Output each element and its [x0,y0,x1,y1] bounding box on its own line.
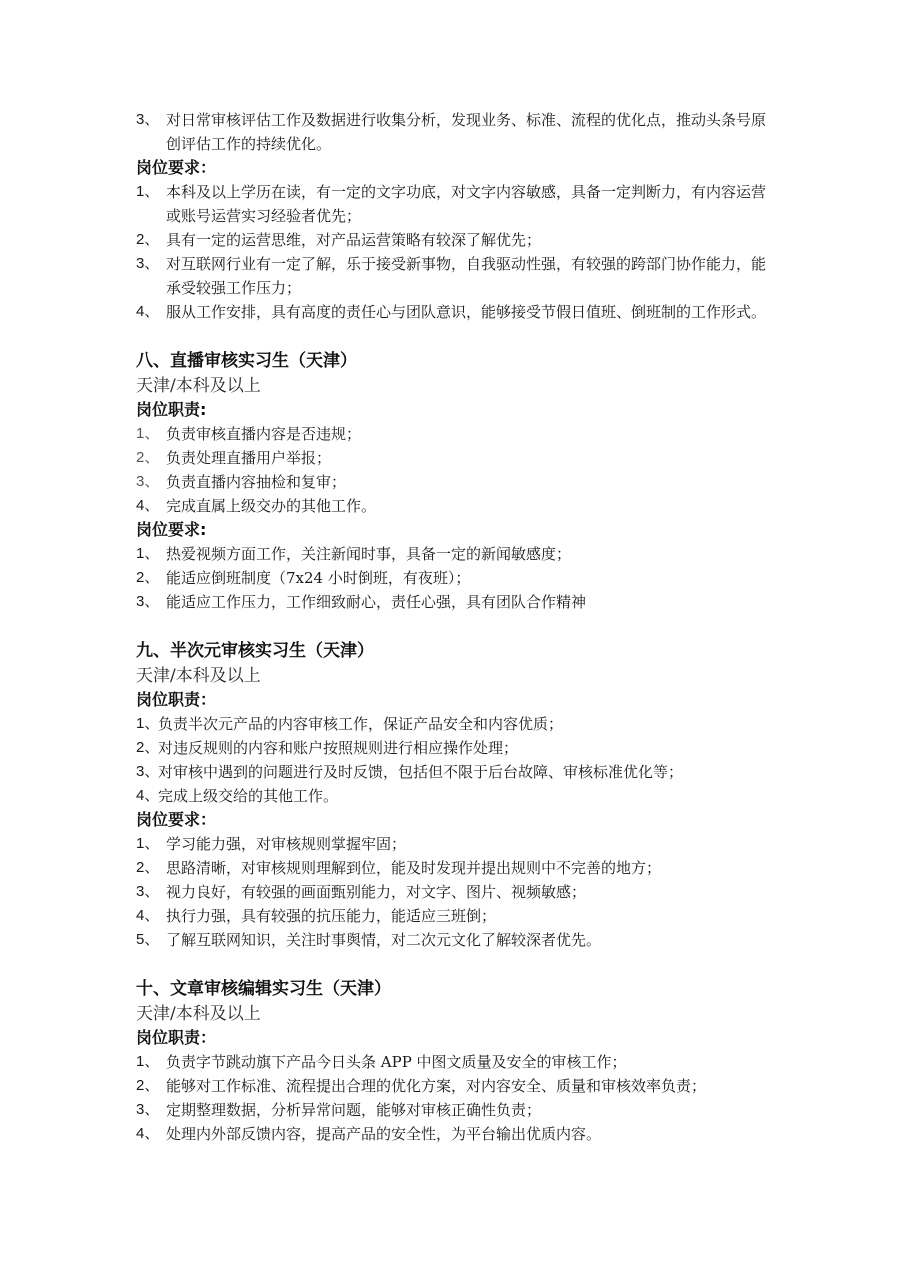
item-text: 服从工作安排，具有高度的责任心与团队意识，能够接受节假日值班、倒班制的工作形式。 [166,300,776,324]
item-number: 4、 [136,904,166,928]
item-text: 负责直播内容抽检和复审； [166,470,776,494]
requirement-item: 1、 本科及以上学历在读，有一定的文字功底，对文字内容敏感，具备一定判断力，有内… [136,180,776,228]
item-text: 负责半次元产品的内容审核工作，保证产品安全和内容优质； [158,712,776,736]
duty-item: 2、 负责处理直播用户举报； [136,446,776,470]
item-text: 具有一定的运营思维，对产品运营策略有较深了解优先； [166,228,776,252]
item-number: 3、 [136,760,158,784]
requirements-heading: 岗位要求： [136,156,776,180]
requirement-item: 1、 热爱视频方面工作，关注新闻时事，具备一定的新闻敏感度； [136,542,776,566]
item-text: 能适应工作压力，工作细致耐心，责任心强，具有团队合作精神 [166,590,776,614]
requirements-heading: 岗位要求: [136,518,776,542]
item-number: 3、 [136,1098,166,1122]
duty-item: 4、 完成直属上级交办的其他工作。 [136,494,776,518]
item-number: 2、 [136,566,166,590]
item-number: 5、 [136,928,166,952]
item-text: 完成上级交给的其他工作。 [158,784,776,808]
duty-item: 3、 定期整理数据，分析异常问题，能够对审核正确性负责； [136,1098,776,1122]
requirement-item: 4、 服从工作安排，具有高度的责任心与团队意识，能够接受节假日值班、倒班制的工作… [136,300,776,324]
duty-item: 1、 负责半次元产品的内容审核工作，保证产品安全和内容优质； [136,712,776,736]
requirement-item: 4、 执行力强，具有较强的抗压能力，能适应三班倒； [136,904,776,928]
item-number: 1、 [136,422,166,446]
item-text: 处理内外部反馈内容，提高产品的安全性，为平台输出优质内容。 [166,1122,776,1146]
item-number: 1、 [136,712,158,736]
item-text: 视力良好，有较强的画面甄别能力，对文字、图片、视频敏感； [166,880,776,904]
item-text: 对违反规则的内容和账户按照规则进行相应操作处理； [158,736,776,760]
item-text: 负责字节跳动旗下产品今日头条 APP 中图文质量及安全的审核工作； [166,1050,776,1074]
item-number: 2、 [136,228,166,252]
item-number: 2、 [136,446,166,470]
item-number: 4、 [136,300,166,324]
item-text: 能适应倒班制度（7x24 小时倒班，有夜班）； [166,566,776,590]
item-text: 完成直属上级交办的其他工作。 [166,494,776,518]
item-text: 定期整理数据，分析异常问题，能够对审核正确性负责； [166,1098,776,1122]
requirements-heading: 岗位要求： [136,808,776,832]
item-number: 3、 [136,880,166,904]
item-text: 能够对工作标准、流程提出合理的优化方案，对内容安全、质量和审核效率负责； [166,1074,776,1098]
item-text: 对互联网行业有一定了解，乐于接受新事物，自我驱动性强，有较强的跨部门协作能力，能… [166,252,776,300]
duty-item: 1、 负责审核直播内容是否违规； [136,422,776,446]
requirement-item: 3、 对互联网行业有一定了解，乐于接受新事物，自我驱动性强，有较强的跨部门协作能… [136,252,776,300]
item-number: 1、 [136,180,166,228]
requirement-item: 2、 能适应倒班制度（7x24 小时倒班，有夜班）； [136,566,776,590]
item-text: 本科及以上学历在读，有一定的文字功底，对文字内容敏感，具备一定判断力，有内容运营… [166,180,776,228]
job-location-education: 天津/本科及以上 [136,374,776,398]
item-text: 执行力强，具有较强的抗压能力，能适应三班倒； [166,904,776,928]
job-location-education: 天津/本科及以上 [136,1002,776,1026]
requirement-item: 2、 思路清晰，对审核规则理解到位，能及时发现并提出规则中不完善的地方； [136,856,776,880]
item-text: 负责审核直播内容是否违规； [166,422,776,446]
duty-item: 3、 对日常审核评估工作及数据进行收集分析，发现业务、标准、流程的优化点，推动头… [136,108,776,156]
duty-item: 1、 负责字节跳动旗下产品今日头条 APP 中图文质量及安全的审核工作； [136,1050,776,1074]
requirement-item: 1、 学习能力强，对审核规则掌握牢固； [136,832,776,856]
job-title: 八、直播审核实习生（天津） [136,348,776,374]
duties-heading: 岗位职责： [136,688,776,712]
job-title: 十、文章审核编辑实习生（天津） [136,976,776,1002]
item-text: 热爱视频方面工作，关注新闻时事，具备一定的新闻敏感度； [166,542,776,566]
requirement-item: 5、 了解互联网知识，关注时事舆情，对二次元文化了解较深者优先。 [136,928,776,952]
duty-item: 4、 处理内外部反馈内容，提高产品的安全性，为平台输出优质内容。 [136,1122,776,1146]
spacer [136,324,776,348]
item-number: 1、 [136,832,166,856]
item-number: 3、 [136,470,166,494]
item-number: 2、 [136,856,166,880]
document-page: 3、 对日常审核评估工作及数据进行收集分析，发现业务、标准、流程的优化点，推动头… [136,108,776,1146]
item-number: 4、 [136,494,166,518]
item-number: 4、 [136,1122,166,1146]
item-number: 2、 [136,736,158,760]
spacer [136,952,776,976]
job-location-education: 天津/本科及以上 [136,664,776,688]
item-number: 4、 [136,784,158,808]
item-text: 负责处理直播用户举报； [166,446,776,470]
item-text: 对审核中遇到的问题进行及时反馈，包括但不限于后台故障、审核标准优化等； [158,760,776,784]
duties-heading: 岗位职责： [136,1026,776,1050]
requirement-item: 3、 能适应工作压力，工作细致耐心，责任心强，具有团队合作精神 [136,590,776,614]
job-title: 九、半次元审核实习生（天津） [136,638,776,664]
job-section-article-review-editor: 十、文章审核编辑实习生（天津） 天津/本科及以上 岗位职责： 1、 负责字节跳动… [136,976,776,1146]
item-number: 1、 [136,542,166,566]
item-number: 2、 [136,1074,166,1098]
duty-item: 3、 对审核中遇到的问题进行及时反馈，包括但不限于后台故障、审核标准优化等； [136,760,776,784]
duty-item: 3、 负责直播内容抽检和复审； [136,470,776,494]
item-number: 3、 [136,590,166,614]
item-text: 了解互联网知识，关注时事舆情，对二次元文化了解较深者优先。 [166,928,776,952]
item-text: 思路清晰，对审核规则理解到位，能及时发现并提出规则中不完善的地方； [166,856,776,880]
job-section-live-review: 八、直播审核实习生（天津） 天津/本科及以上 岗位职责: 1、 负责审核直播内容… [136,348,776,614]
duty-item: 2、 能够对工作标准、流程提出合理的优化方案，对内容安全、质量和审核效率负责； [136,1074,776,1098]
spacer [136,614,776,638]
duty-item: 4、 完成上级交给的其他工作。 [136,784,776,808]
job-section-banciyuan-review: 九、半次元审核实习生（天津） 天津/本科及以上 岗位职责： 1、 负责半次元产品… [136,638,776,952]
duties-heading: 岗位职责: [136,398,776,422]
item-number: 3、 [136,108,166,156]
item-number: 3、 [136,252,166,300]
requirement-item: 2、 具有一定的运营思维，对产品运营策略有较深了解优先； [136,228,776,252]
requirement-item: 3、 视力良好，有较强的画面甄别能力，对文字、图片、视频敏感； [136,880,776,904]
item-text: 对日常审核评估工作及数据进行收集分析，发现业务、标准、流程的优化点，推动头条号原… [166,108,776,156]
item-number: 1、 [136,1050,166,1074]
duty-item: 2、 对违反规则的内容和账户按照规则进行相应操作处理； [136,736,776,760]
item-text: 学习能力强，对审核规则掌握牢固； [166,832,776,856]
